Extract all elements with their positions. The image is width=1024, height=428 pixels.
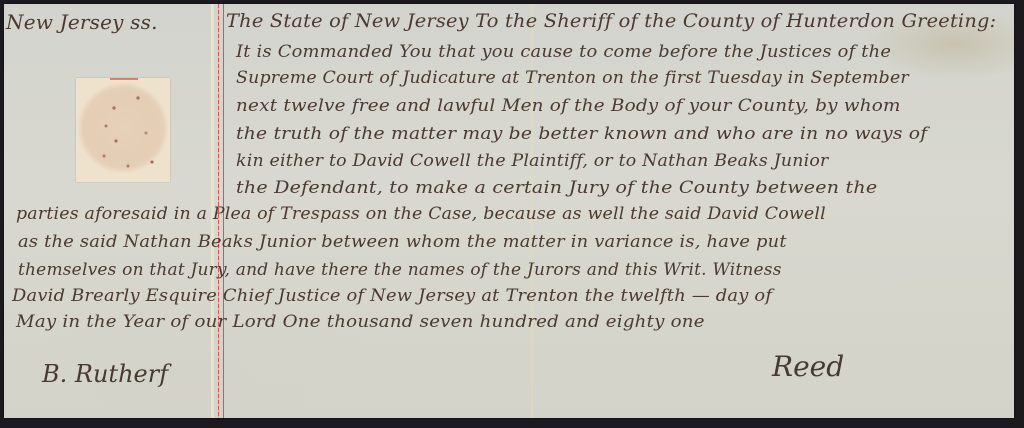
signature-left: B. Rutherf <box>42 360 168 388</box>
document-line-3: Supreme Court of Judicature at Trenton o… <box>236 68 909 88</box>
seal-texture <box>76 78 170 182</box>
document-line-8: parties aforesaid in a Plea of Trespass … <box>16 204 826 224</box>
paper-seal <box>76 78 170 182</box>
document-line-12: May in the Year of our Lord One thousand… <box>16 312 705 332</box>
document-line-6: kin either to David Cowell the Plaintiff… <box>236 151 829 171</box>
document-page: New Jersey ss. The State of New Jersey T… <box>4 4 1014 418</box>
signature-right: Reed <box>772 350 844 383</box>
venue-caption: New Jersey ss. <box>6 10 158 34</box>
document-line-2: It is Commanded You that you cause to co… <box>236 42 891 62</box>
document-line-1: The State of New Jersey To the Sheriff o… <box>226 10 996 32</box>
document-line-7: the Defendant, to make a certain Jury of… <box>236 178 877 198</box>
document-line-10: themselves on that Jury, and have there … <box>18 260 782 280</box>
document-line-5: the truth of the matter may be better kn… <box>236 124 927 144</box>
document-line-9: as the said Nathan Beaks Junior between … <box>18 232 787 252</box>
scan-border <box>0 420 1024 428</box>
document-line-11: David Brearly Esquire Chief Justice of N… <box>12 286 772 306</box>
document-line-4: next twelve free and lawful Men of the B… <box>236 96 901 116</box>
